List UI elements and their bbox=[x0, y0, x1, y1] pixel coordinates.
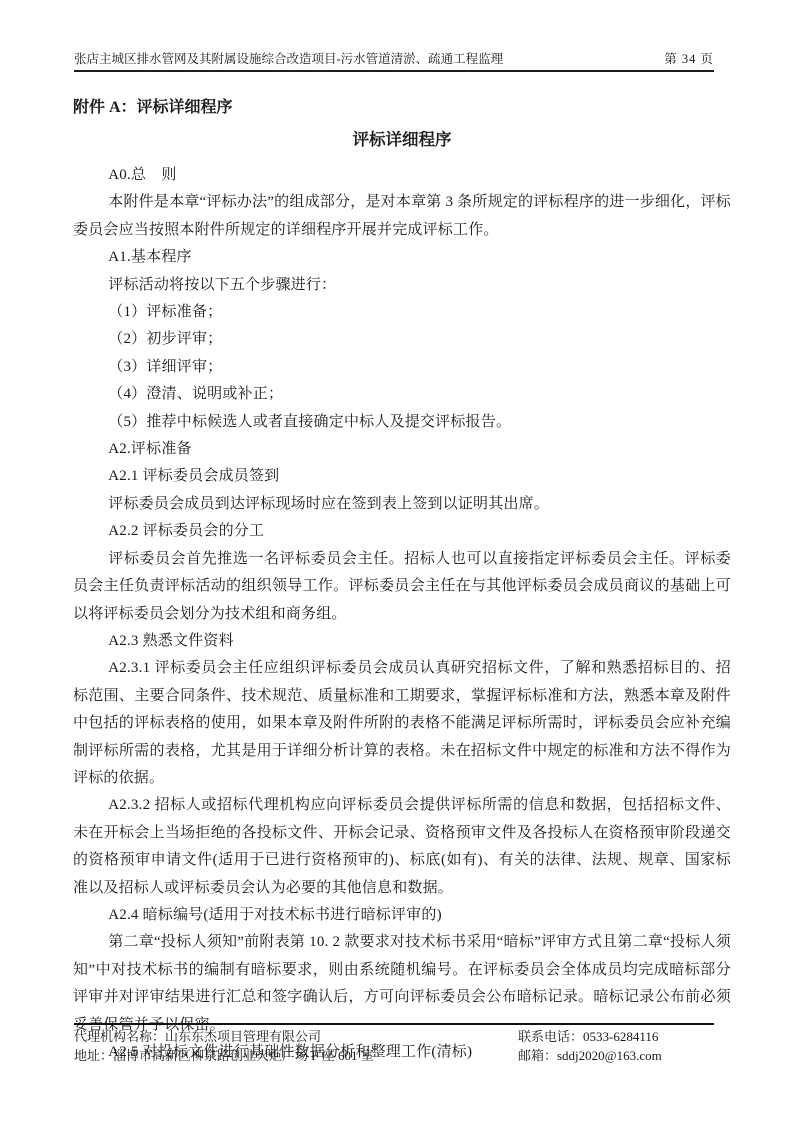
paragraph: A2.3.2 招标人或招标代理机构应向评标委员会提供评标所需的信息和数据，包括招… bbox=[73, 792, 731, 902]
list-item: （5）推荐中标候选人或者直接确定中标人及提交评标报告。 bbox=[73, 409, 731, 436]
section-heading: A2.评标准备 bbox=[73, 436, 731, 463]
section-heading: A2.1 评标委员会成员签到 bbox=[73, 463, 731, 490]
section-heading: A2.2 评标委员会的分工 bbox=[73, 518, 731, 545]
paragraph: A2.3.1 评标委员会主任应组织评标委员会成员认真研究招标文件，了解和熟悉招标… bbox=[73, 655, 731, 792]
page-header: 张店主城区排水管网及其附属设施综合改造项目-污水管道清淤、疏通工程监理 第 34… bbox=[74, 52, 714, 72]
header-page-number: 第 34 页 bbox=[664, 52, 714, 67]
header-project-title: 张店主城区排水管网及其附属设施综合改造项目-污水管道清淤、疏通工程监理 bbox=[74, 52, 503, 67]
paragraph: 本附件是本章“评标办法”的组成部分，是对本章第 3 条所规定的评标程序的进一步细… bbox=[73, 189, 731, 244]
footer-address: 地址：淄博市高新区柳泉路创业火炬广场 F 座 601 室 bbox=[74, 1047, 518, 1066]
list-item: （1）评标准备； bbox=[73, 299, 731, 326]
document-body: A0.总 则本附件是本章“评标办法”的组成部分，是对本章第 3 条所规定的评标程… bbox=[73, 162, 731, 1066]
footer-phone: 联系电话：0533-6284116 bbox=[518, 1028, 714, 1047]
paragraph: 评标委员会成员到达评标现场时应在签到表上签到以证明其出席。 bbox=[73, 491, 731, 518]
document-content: 附件 A：评标详细程序 评标详细程序 A0.总 则本附件是本章“评标办法”的组成… bbox=[73, 98, 731, 1066]
section-heading: A0.总 则 bbox=[73, 162, 731, 189]
document-page: 张店主城区排水管网及其附属设施综合改造项目-污水管道清淤、疏通工程监理 第 34… bbox=[0, 0, 793, 1122]
footer-email: 邮箱：sddj2020@163.com bbox=[518, 1047, 714, 1066]
document-title: 评标详细程序 bbox=[73, 129, 731, 151]
section-heading: A2.4 暗标编号(适用于对技术标书进行暗标评审的) bbox=[73, 902, 731, 929]
list-item: （3）详细评审； bbox=[73, 354, 731, 381]
attachment-heading: 附件 A：评标详细程序 bbox=[73, 98, 731, 118]
section-heading: A1.基本程序 bbox=[73, 244, 731, 271]
list-item: （2）初步评审； bbox=[73, 326, 731, 353]
footer-row-1: 代理机构名称：山东东杰项目管理有限公司 联系电话：0533-6284116 bbox=[74, 1028, 714, 1047]
paragraph: 评标委员会首先推选一名评标委员会主任。招标人也可以直接指定评标委员会主任。评标委… bbox=[73, 546, 731, 628]
list-item: （4）澄清、说明或补正； bbox=[73, 381, 731, 408]
page-footer: 代理机构名称：山东东杰项目管理有限公司 联系电话：0533-6284116 地址… bbox=[74, 1023, 714, 1065]
footer-row-2: 地址：淄博市高新区柳泉路创业火炬广场 F 座 601 室 邮箱：sddj2020… bbox=[74, 1047, 714, 1066]
footer-agency-name: 代理机构名称：山东东杰项目管理有限公司 bbox=[74, 1028, 518, 1047]
paragraph: 评标活动将按以下五个步骤进行： bbox=[73, 272, 731, 299]
section-heading: A2.3 熟悉文件资料 bbox=[73, 628, 731, 655]
